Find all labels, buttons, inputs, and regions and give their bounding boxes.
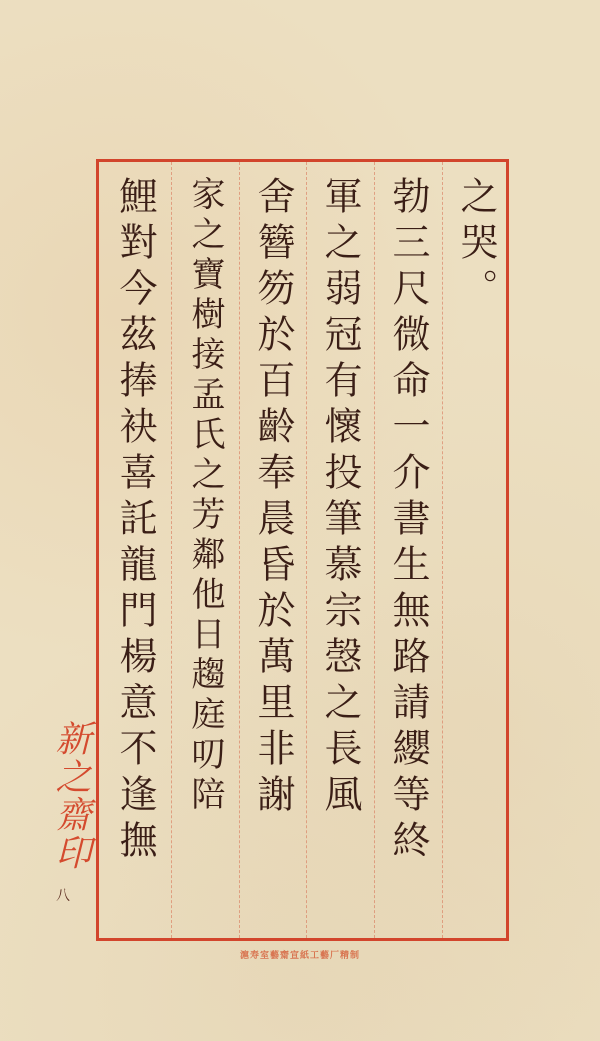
column-text: 家之寶樹接孟氏之芳鄰他日趨庭叨陪	[180, 176, 230, 816]
column-text: 舍簪笏於百齡奉晨昏於萬里非謝	[247, 176, 299, 820]
text-column-4: 舍簪笏於百齡奉晨昏於萬里非謝	[239, 176, 307, 820]
manufacturer-imprint: 滬寿室藝齋宣紙工藝厂精制	[0, 948, 600, 961]
artist-signature: 新之齋印	[44, 720, 96, 872]
column-text: 鯉對今茲捧袂喜託龍門楊意不逢撫	[109, 176, 161, 866]
column-text: 之哭。	[450, 176, 502, 314]
letter-paper: 之哭。 勃三尺微命一介書生無路請纓等終 軍之弱冠有懷投筆慕宗愨之長風 舍簪笏於百…	[0, 0, 600, 1041]
red-ruled-frame: 之哭。 勃三尺微命一介書生無路請纓等終 軍之弱冠有懷投筆慕宗愨之長風 舍簪笏於百…	[96, 159, 509, 941]
column-text: 勃三尺微命一介書生無路請纓等終	[382, 176, 434, 866]
text-column-2: 勃三尺微命一介書生無路請纓等終	[374, 176, 442, 866]
text-column-6: 鯉對今茲捧袂喜託龍門楊意不逢撫	[101, 176, 169, 866]
text-column-1: 之哭。	[442, 176, 510, 314]
text-column-5: 家之寶樹接孟氏之芳鄰他日趨庭叨陪	[171, 176, 239, 816]
text-column-3: 軍之弱冠有懷投筆慕宗愨之長風	[306, 176, 374, 820]
column-text: 軍之弱冠有懷投筆慕宗愨之長風	[314, 176, 366, 820]
page-number-mark: 八	[56, 885, 74, 905]
